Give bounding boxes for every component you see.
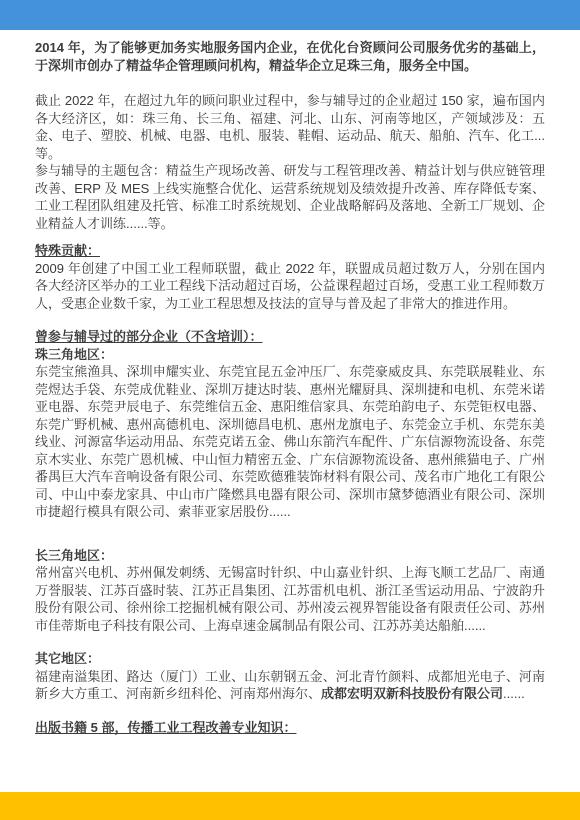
career-paragraph: 截止 2022 年，在超过九年的顾问职业过程中，参与辅导过的企业超过 150 家…: [35, 92, 545, 162]
other-region-heading: 其它地区：: [35, 650, 545, 668]
founding-paragraph: 2014 年，为了能够更加务实地服务国内企业，在优化台资顾问公司服务优劣的基础上…: [35, 39, 545, 74]
topics-paragraph: 参与辅导的主题包含：精益生产现场改善、研发与工程管理改善、精益计划与供应链管理改…: [35, 162, 545, 232]
yangtze-delta-company-list: 常州富兴电机、苏州佩发刺绣、无锡富时针织、中山嘉业针织、上海飞顺工艺品厂、南通万…: [35, 564, 545, 634]
yangtze-delta-heading: 长三角地区：: [35, 547, 545, 565]
bottom-accent-bar: [0, 792, 580, 820]
document-content: 2014 年，为了能够更加务实地服务国内企业，在优化台资顾问公司服务优劣的基础上…: [0, 30, 580, 736]
special-contribution-heading: 特殊贡献：: [35, 242, 545, 260]
companies-heading: 曾参与辅导过的部分企业（不含培训）：: [35, 328, 545, 346]
books-heading: 出版书籍 5 部，传播工业工程改善专业知识：: [35, 719, 545, 737]
special-contribution-paragraph: 2009 年创建了中国工业工程师联盟，截止 2022 年，联盟成员超过数万人，分…: [35, 260, 545, 313]
other-region-company-list: 福建南溢集团、路达（厦门）工业、山东朝钢五金、河北青竹颜料、成都旭光电子、河南新…: [35, 668, 545, 703]
document-page: { "colors": { "top_bar": "#4492da", "bot…: [0, 0, 580, 820]
pearl-delta-heading: 珠三角地区：: [35, 346, 545, 364]
pearl-delta-company-list: 东莞宝熊渔具、深圳申耀实业、东莞宜昆五金冲压厂、东莞豪威皮具、东莞联展鞋业、东莞…: [35, 363, 545, 521]
other-region-bold-company: 成都宏明双新科技股份有限公司: [321, 686, 503, 701]
other-region-ellipsis: ......: [503, 686, 525, 701]
top-accent-bar: [0, 0, 580, 30]
